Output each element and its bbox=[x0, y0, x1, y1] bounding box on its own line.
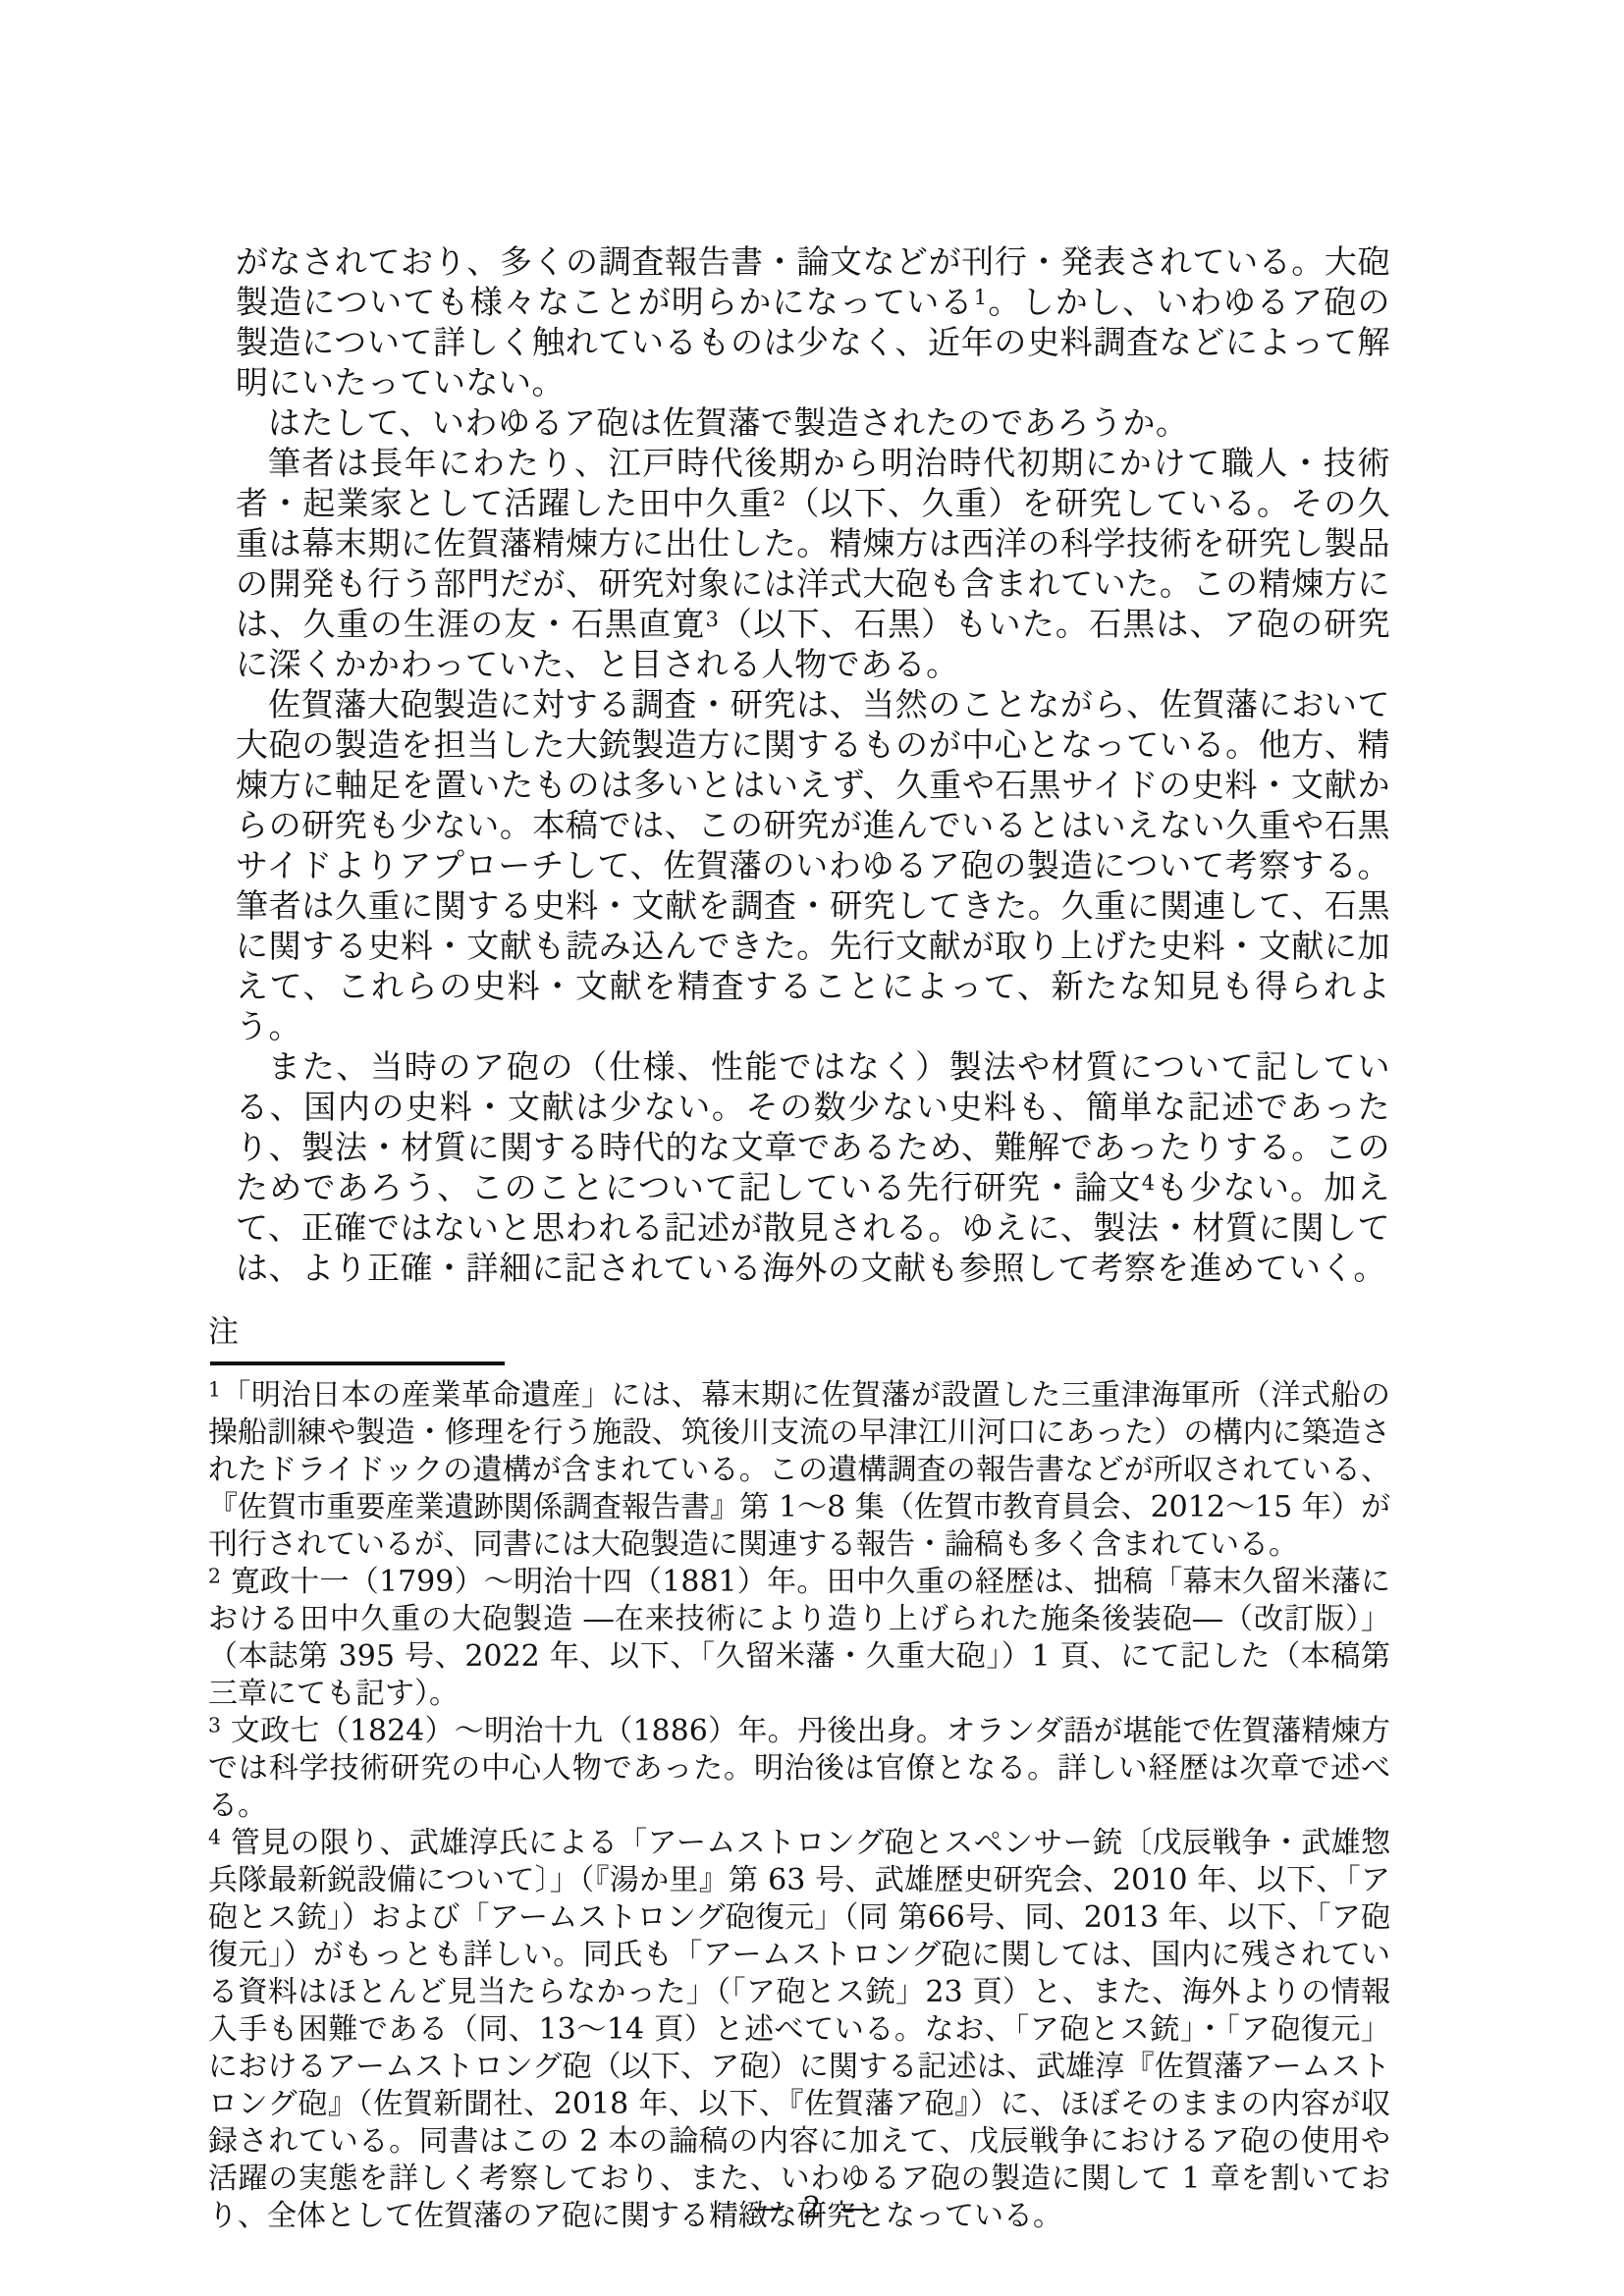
footnote-text: 管見の限り、武雄淳氏による「アームストロング砲とスペンサー銃〔戊辰戦争・武雄惣兵… bbox=[208, 1826, 1390, 2233]
paragraph: がなされており、多くの調査報告書・論文などが刊行・発表されている。大砲製造につい… bbox=[236, 241, 1390, 402]
paragraph: 筆者は長年にわたり、江戸時代後期から明治時代初期にかけて職人・技術者・起業家とし… bbox=[236, 443, 1390, 684]
paragraph: 佐賀藩大砲製造に対する調査・研究は、当然のことながら、佐賀藩において大砲の製造を… bbox=[236, 684, 1390, 1046]
footnote-text: 「明治日本の産業革命遺産」には、幕末期に佐賀藩が設置した三重津海軍所（洋式船の操… bbox=[208, 1378, 1390, 1562]
page-footer: ―2― bbox=[0, 2191, 1624, 2226]
footnote-marker: 3 bbox=[208, 1713, 221, 1736]
text-run: 佐賀藩大砲製造に対する調査・研究は、当然のことながら、佐賀藩において大砲の製造を… bbox=[236, 685, 1390, 1045]
footnote-marker: 2 bbox=[208, 1564, 221, 1587]
page-number-dash-left: ― bbox=[753, 2191, 783, 2226]
page-number: 2 bbox=[802, 2191, 821, 2225]
footnote-item: 4 管見の限り、武雄淳氏による「アームストロング砲とスペンサー銃〔戊辰戦争・武雄… bbox=[208, 1825, 1390, 2235]
paragraph: はたして、いわゆるア砲は佐賀藩で製造されたのであろうか。 bbox=[236, 402, 1390, 443]
footnote-marker: 1 bbox=[208, 1377, 221, 1401]
notes-separator bbox=[210, 1362, 505, 1365]
paragraph: また、当時のア砲の（仕様、性能ではなく）製法や材質について記している、国内の史料… bbox=[236, 1046, 1390, 1288]
notes-section: 注 1「明治日本の産業革命遺産」には、幕末期に佐賀藩が設置した三重津海軍所（洋式… bbox=[208, 1311, 1390, 2235]
footnote-text: 寛政十一（1799）～明治十四（1881）年。田中久重の経歴は、拙稿「幕末久留米… bbox=[208, 1565, 1390, 1711]
footnote-text: 文政七（1824）～明治十九（1886）年。丹後出身。オランダ語が堪能で佐賀藩精… bbox=[208, 1714, 1390, 1823]
footnote-ref: 4 bbox=[1142, 1170, 1156, 1195]
document-page: がなされており、多くの調査報告書・論文などが刊行・発表されている。大砲製造につい… bbox=[0, 0, 1624, 2296]
page-number-dash-right: ― bbox=[841, 2191, 871, 2226]
footnote-ref: 3 bbox=[706, 607, 720, 631]
page-content: がなされており、多くの調査報告書・論文などが刊行・発表されている。大砲製造につい… bbox=[208, 241, 1390, 2235]
notes-list: 1「明治日本の産業革命遺産」には、幕末期に佐賀藩が設置した三重津海軍所（洋式船の… bbox=[208, 1377, 1390, 2235]
footnote-item: 2 寛政十一（1799）～明治十四（1881）年。田中久重の経歴は、拙稿「幕末久… bbox=[208, 1564, 1390, 1713]
footnote-ref: 2 bbox=[773, 486, 786, 510]
footnote-ref: 1 bbox=[974, 285, 988, 309]
notes-heading: 注 bbox=[208, 1311, 1390, 1353]
body-text: がなされており、多くの調査報告書・論文などが刊行・発表されている。大砲製造につい… bbox=[208, 241, 1390, 1288]
footnote-item: 3 文政七（1824）～明治十九（1886）年。丹後出身。オランダ語が堪能で佐賀… bbox=[208, 1713, 1390, 1825]
footnote-marker: 4 bbox=[208, 1825, 221, 1848]
text-run: はたして、いわゆるア砲は佐賀藩で製造されたのであろうか。 bbox=[268, 403, 1188, 442]
footnote-item: 1「明治日本の産業革命遺産」には、幕末期に佐賀藩が設置した三重津海軍所（洋式船の… bbox=[208, 1377, 1390, 1564]
